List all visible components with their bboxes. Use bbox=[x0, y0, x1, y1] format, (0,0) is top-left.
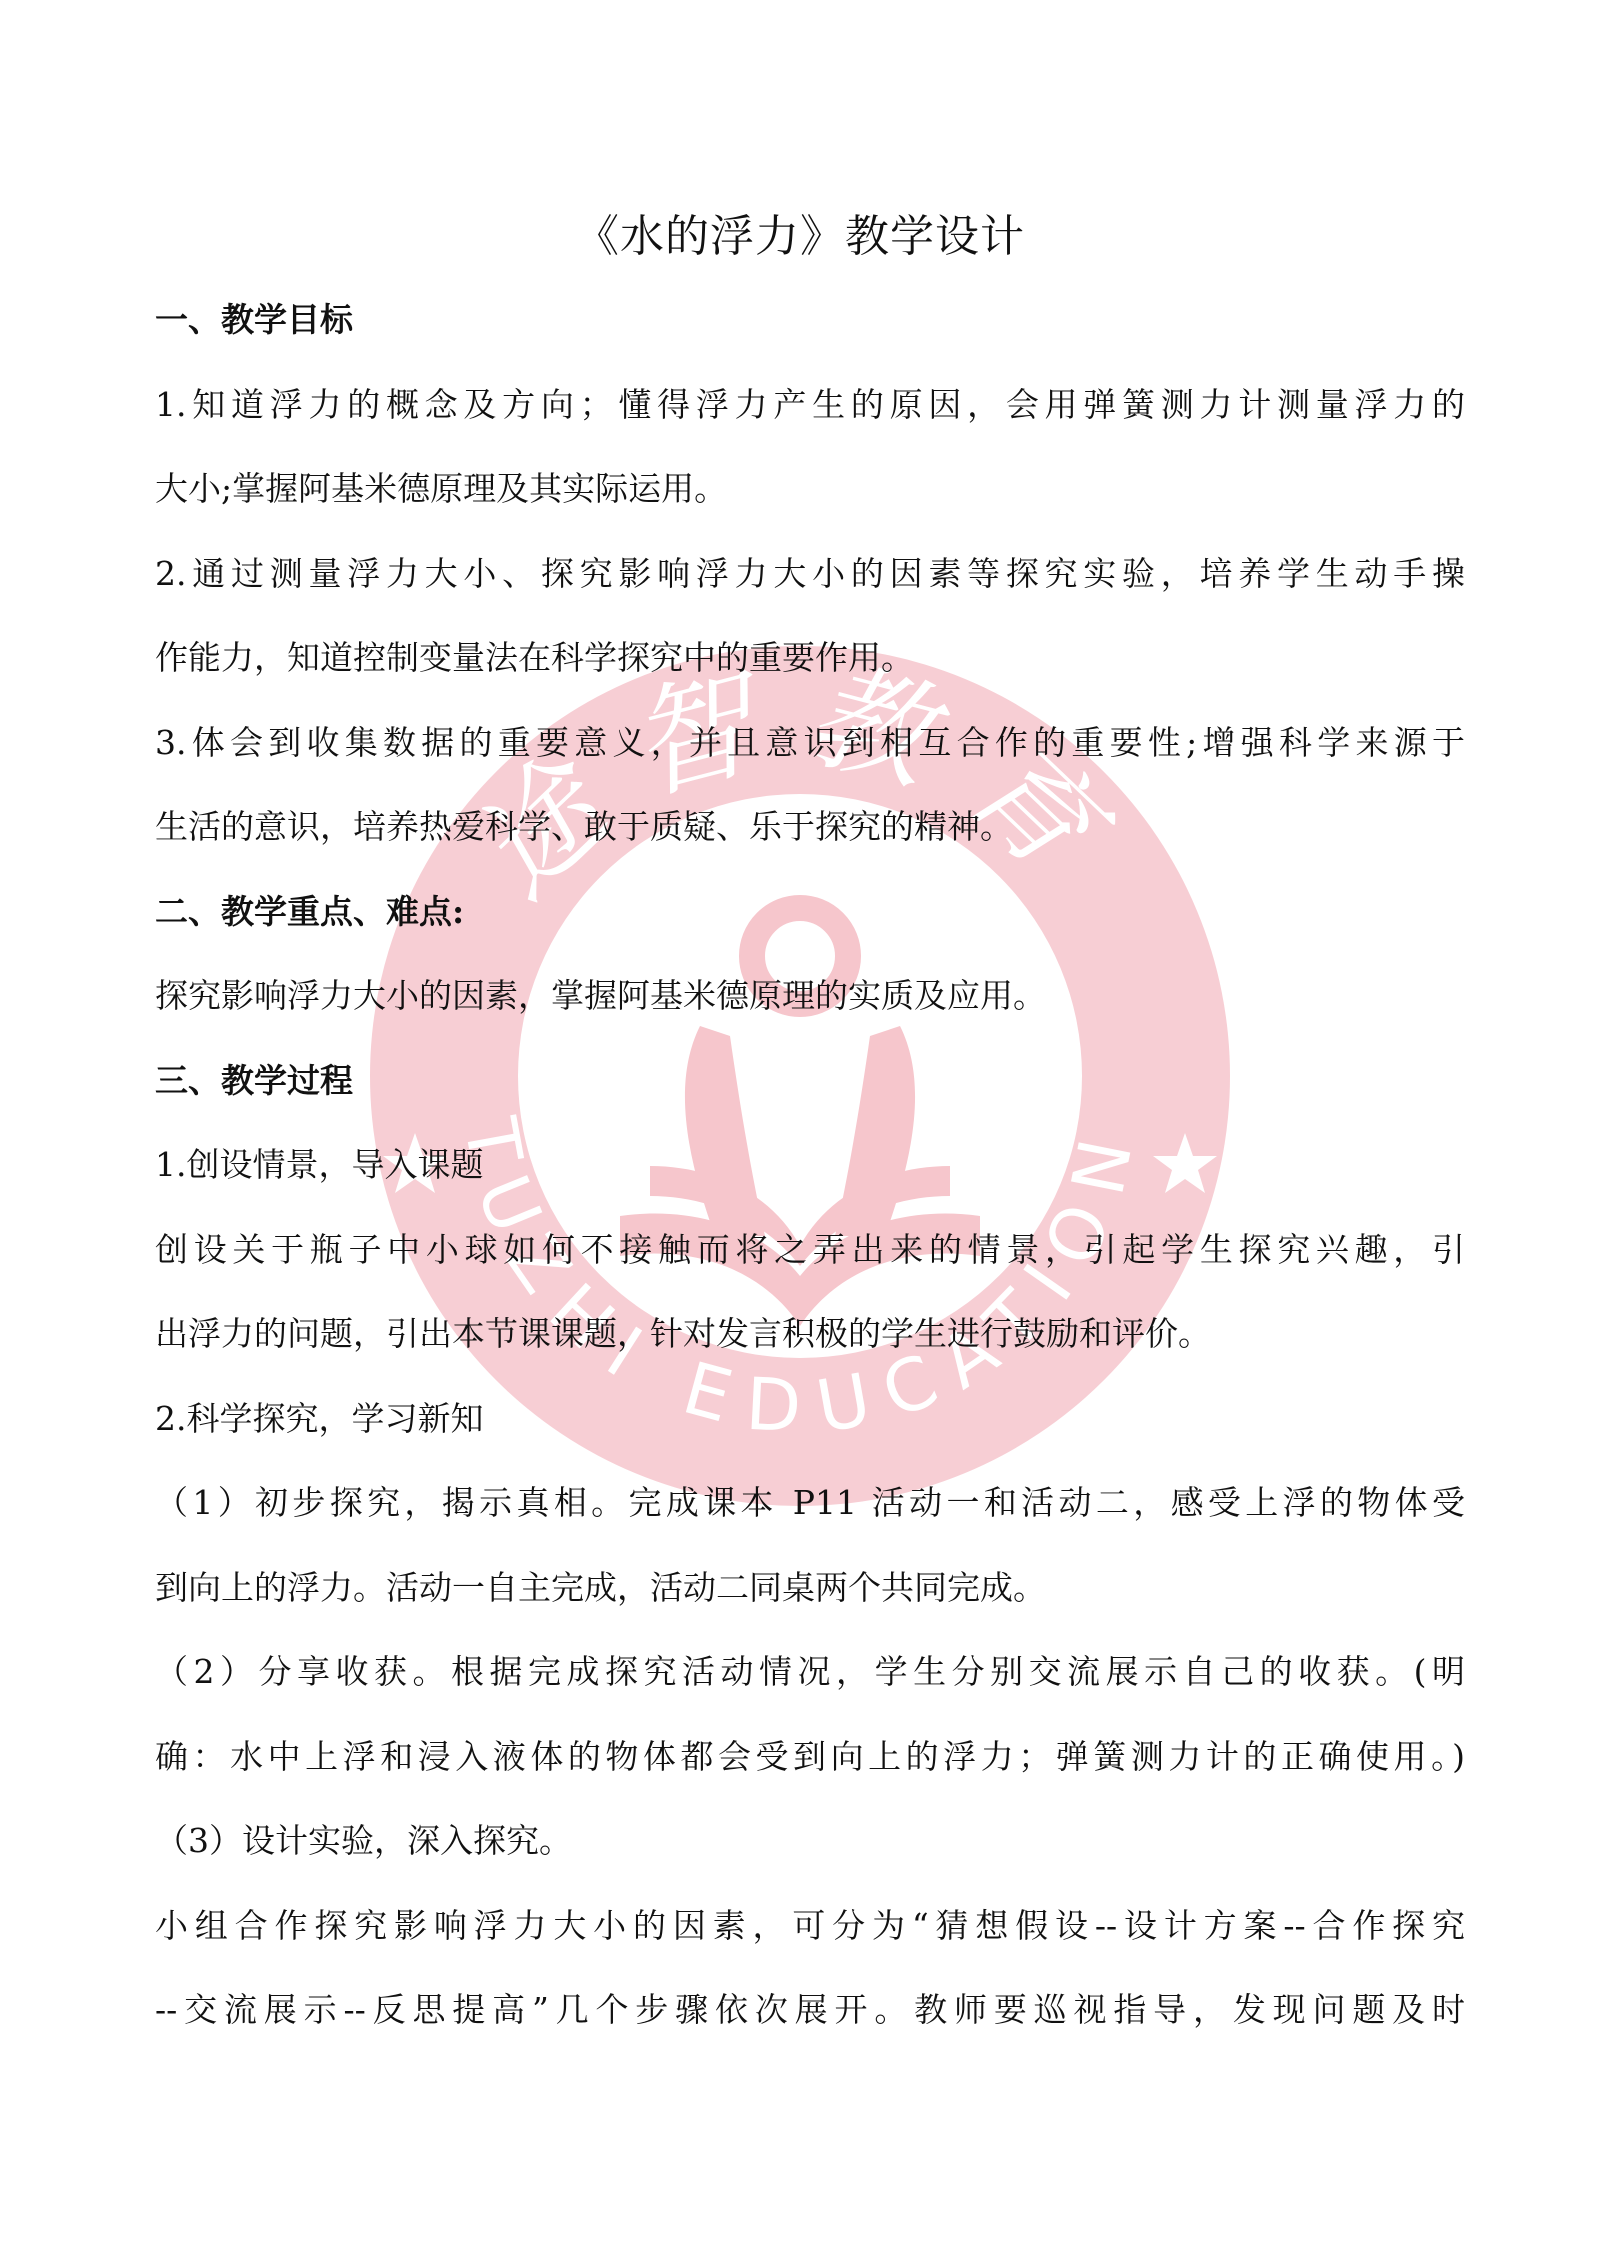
paragraph-line: （3）设计实验，深入探究。 bbox=[155, 1799, 1465, 1884]
section-heading-process: 三、教学过程 bbox=[155, 1039, 1465, 1124]
paragraph-line: 1.知道浮力的概念及方向；懂得浮力产生的原因，会用弹簧测力计测量浮力的 bbox=[155, 363, 1465, 448]
paragraph-line: 大小;掌握阿基米德原理及其实际运用。 bbox=[155, 447, 1465, 532]
paragraph-line: 生活的意识，培养热爱科学、敢于质疑、乐于探究的精神。 bbox=[155, 785, 1465, 870]
document-page: 《水的浮力》教学设计 一、教学目标 1.知道浮力的概念及方向；懂得浮力产生的原因… bbox=[0, 0, 1600, 2263]
paragraph-line: 3.体会到收集数据的重要意义，并且意识到相互合作的重要性;增强科学来源于 bbox=[155, 701, 1465, 786]
paragraph-line: 探究影响浮力大小的因素，掌握阿基米德原理的实质及应用。 bbox=[155, 954, 1465, 1039]
section-heading-objectives: 一、教学目标 bbox=[155, 278, 1465, 363]
document-body: 一、教学目标 1.知道浮力的概念及方向；懂得浮力产生的原因，会用弹簧测力计测量浮… bbox=[155, 278, 1465, 2053]
document-title: 《水的浮力》教学设计 bbox=[0, 205, 1600, 269]
paragraph-line: 出浮力的问题，引出本节课课题，针对发言积极的学生进行鼓励和评价。 bbox=[155, 1292, 1465, 1377]
paragraph-line: --交流展示--反思提高”几个步骤依次展开。教师要巡视指导，发现问题及时 bbox=[155, 1968, 1465, 2053]
paragraph-line: （1）初步探究，揭示真相。完成课本 P11 活动一和活动二，感受上浮的物体受 bbox=[155, 1461, 1465, 1546]
paragraph-line: 到向上的浮力。活动一自主完成，活动二同桌两个共同完成。 bbox=[155, 1546, 1465, 1631]
paragraph-line: 创设关于瓶子中小球如何不接触而将之弄出来的情景，引起学生探究兴趣，引 bbox=[155, 1208, 1465, 1293]
subheading-line: 1.创设情景，导入课题 bbox=[155, 1123, 1465, 1208]
paragraph-line: 2.通过测量浮力大小、探究影响浮力大小的因素等探究实验，培养学生动手操 bbox=[155, 532, 1465, 617]
subheading-line: 2.科学探究，学习新知 bbox=[155, 1377, 1465, 1462]
paragraph-line: 小组合作探究影响浮力大小的因素，可分为“猜想假设--设计方案--合作探究 bbox=[155, 1884, 1465, 1969]
section-heading-key-points: 二、教学重点、难点: bbox=[155, 870, 1465, 955]
paragraph-line: （2）分享收获。根据完成探究活动情况，学生分别交流展示自己的收获。(明 bbox=[155, 1630, 1465, 1715]
paragraph-line: 作能力，知道控制变量法在科学探究中的重要作用。 bbox=[155, 616, 1465, 701]
paragraph-line: 确：水中上浮和浸入液体的物体都会受到向上的浮力；弹簧测力计的正确使用。) bbox=[155, 1715, 1465, 1800]
